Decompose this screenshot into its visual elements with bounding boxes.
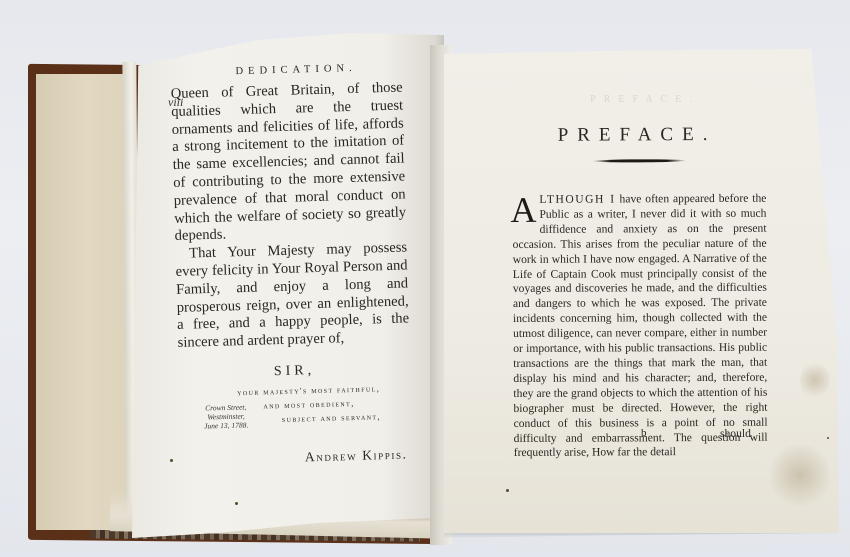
foxing-stain (770, 440, 830, 510)
ghost-title: PREFACE. (540, 95, 750, 106)
dedication-paragraph-1: Queen of Great Britain, of those qualiti… (171, 80, 407, 247)
preface-text-block: PREFACE. ALTHOUGH I have often appeared … (512, 124, 768, 462)
drop-capital: A (510, 196, 536, 224)
foxing-spot (170, 459, 173, 462)
preface-body: ALTHOUGH I have often appeared before th… (512, 192, 767, 462)
opening-small-caps: LTHOUGH I (539, 192, 615, 205)
ornamental-rule (592, 159, 686, 162)
preface-title: PREFACE. (508, 124, 766, 147)
endpaper (36, 74, 136, 530)
foxing-stain (800, 360, 830, 400)
imprint-place-date: Crown Street, Westminster, June 13, 1788… (186, 402, 267, 431)
book-photo: PREFACE. viii DEDICATION. Queen of Great… (0, 0, 850, 557)
preface-paragraph: have often appeared before the Public as… (513, 192, 768, 460)
show-through-text: PREFACE. (540, 95, 750, 112)
foxing-spot (235, 502, 238, 505)
imprint-line: Crown Street, Westminster, (186, 402, 266, 422)
salutation: SIR, (178, 360, 410, 382)
foxing-spot (827, 437, 829, 439)
foxing-spot (506, 489, 509, 492)
dedication-paragraph-2: That Your Majesty may possess every feli… (175, 240, 410, 353)
catchword: should (720, 427, 751, 440)
signature-mark: b (641, 427, 647, 439)
